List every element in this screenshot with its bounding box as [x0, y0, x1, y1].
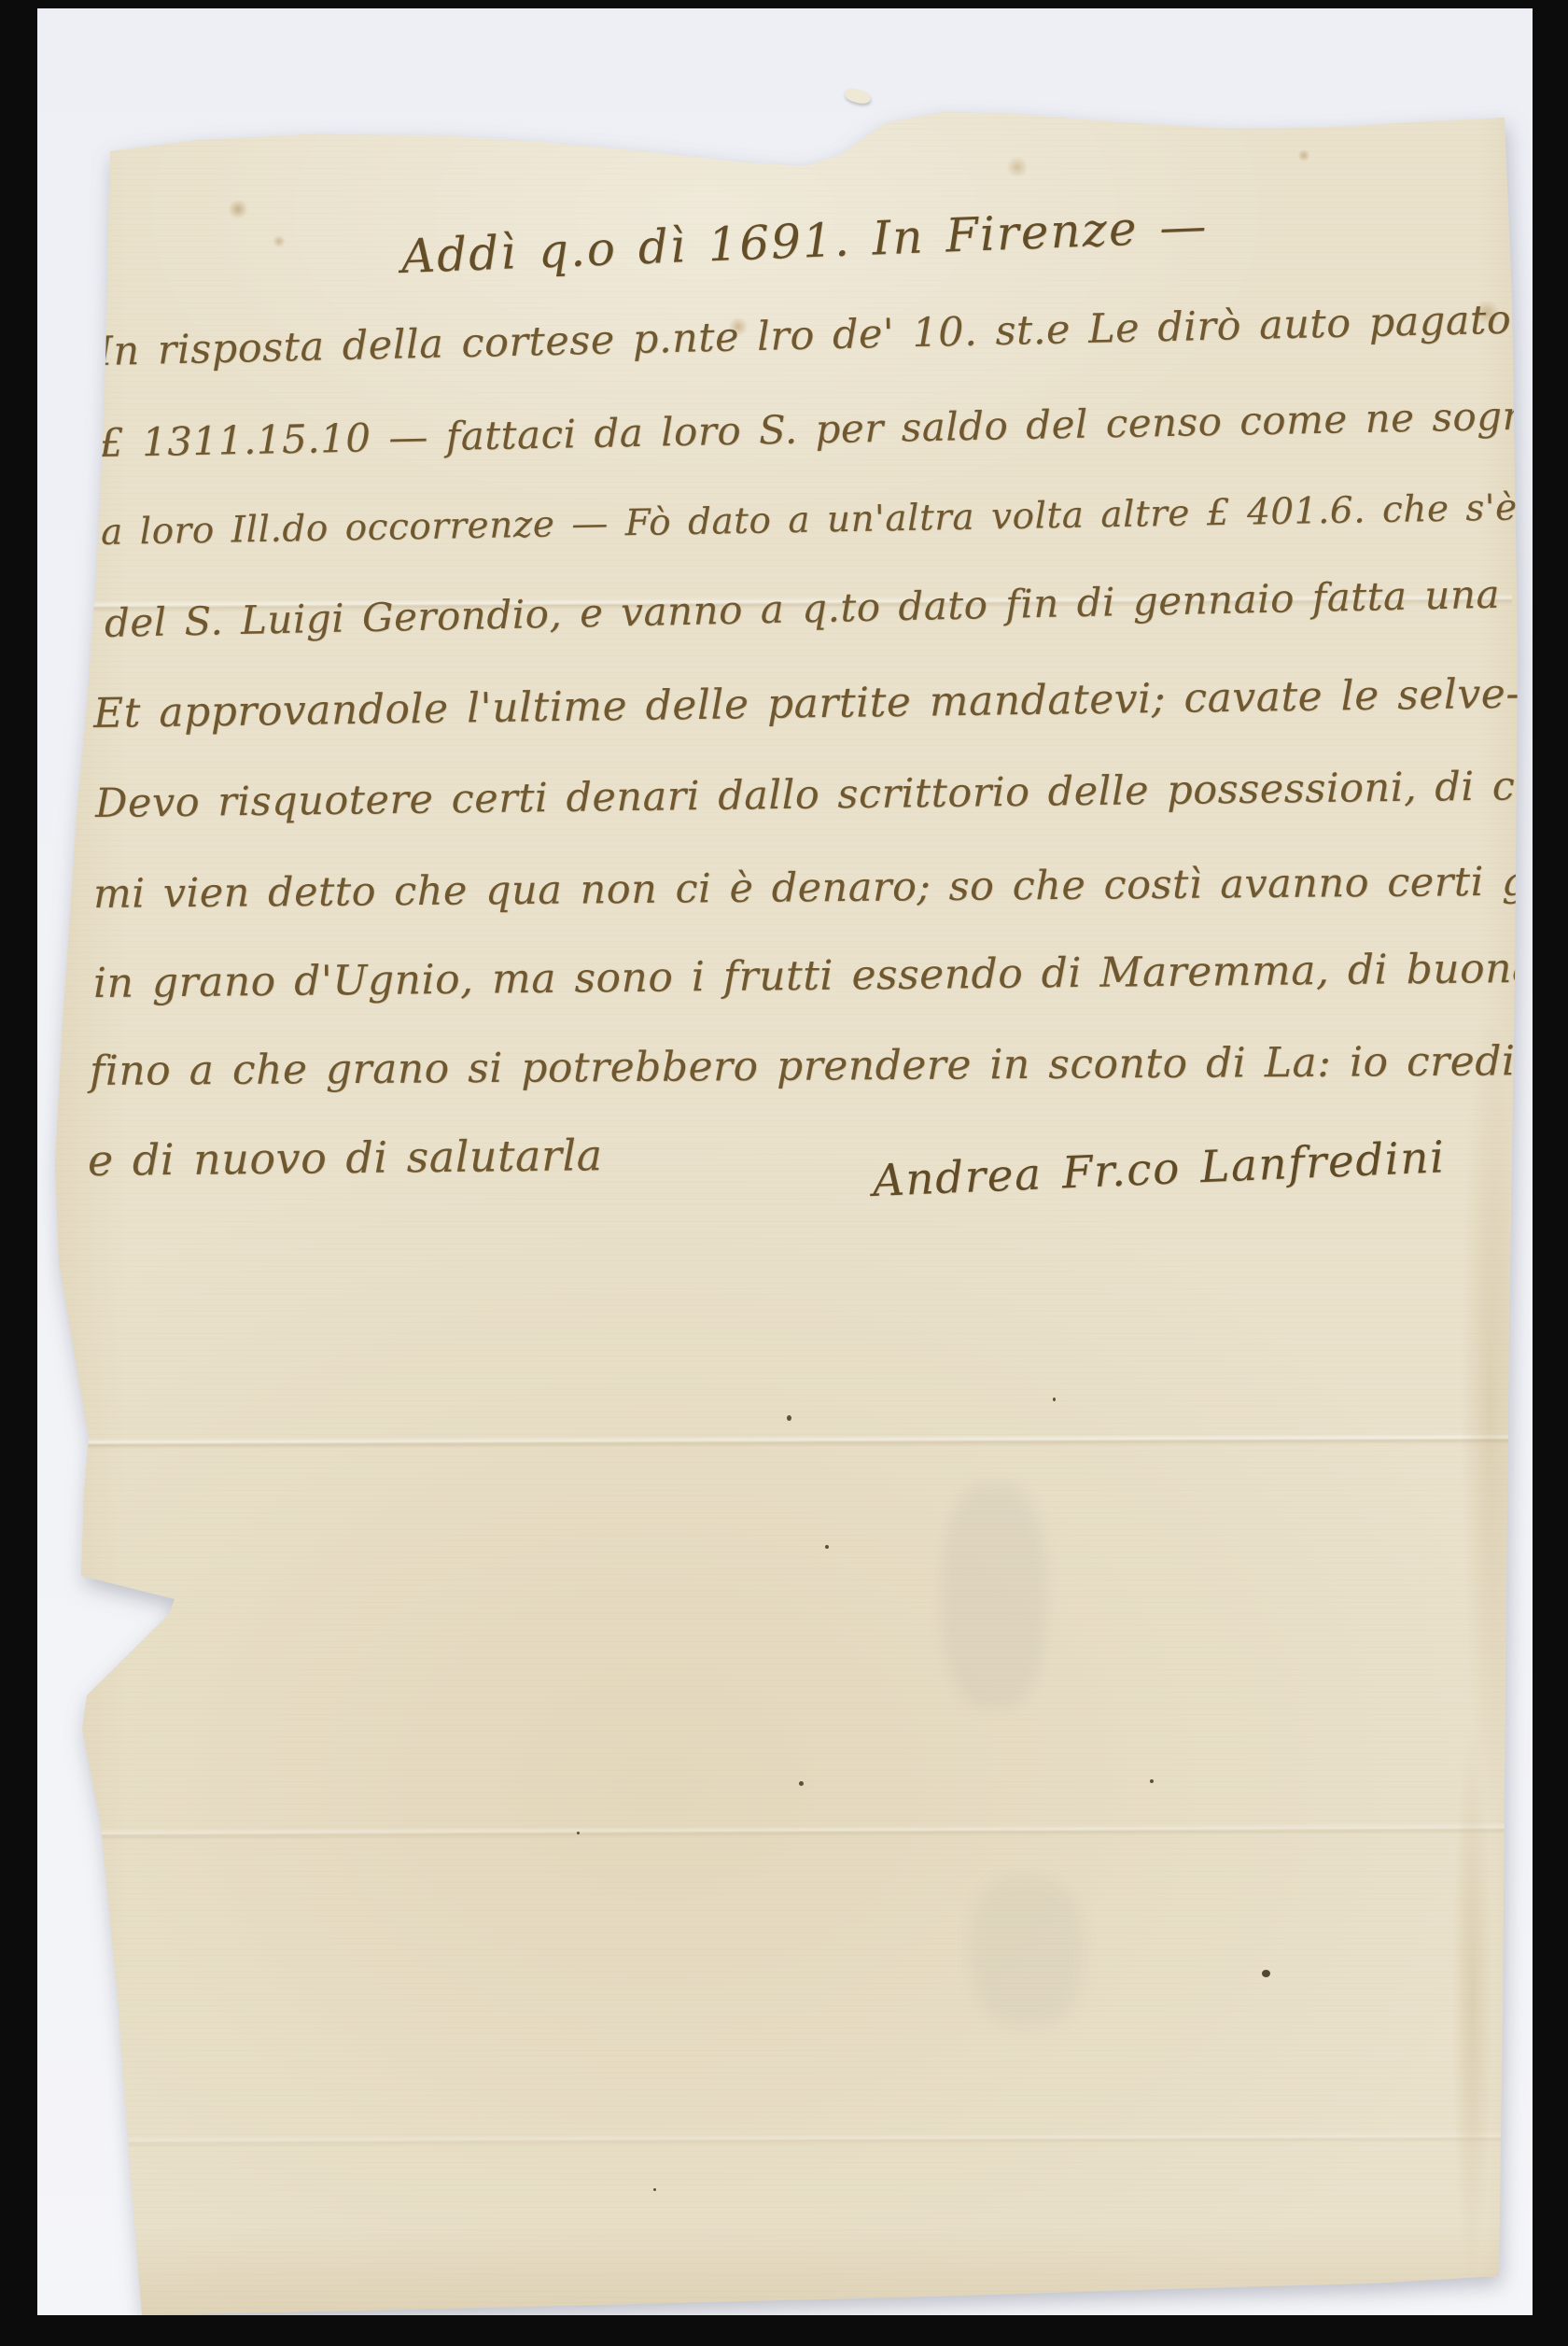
manuscript-line: e di nuovo di salutarla [88, 1130, 603, 1186]
signature: Andrea Fr.co Lanfredini [872, 1131, 1447, 1207]
ink-speck [1262, 1970, 1270, 1977]
smudge [943, 1484, 1045, 1708]
manuscript-line: del S. Luigi Gerondio, e vanno a q.to da… [104, 568, 1568, 646]
paper-shadow-wrap: Addì q.o dì 1691. In Firenze — In rispos… [0, 0, 1568, 2346]
manuscript-line: £ 1311.15.10 — fattaci da loro S. per sa… [99, 390, 1568, 466]
water-stain-streak [1426, 1027, 1510, 2278]
ink-speck [799, 1781, 804, 1786]
manuscript-line: Devo risquotere certi denari dallo scrit… [95, 762, 1568, 827]
stain-spot [273, 235, 286, 247]
photo-frame-edge-top [0, 0, 1568, 8]
fold-crease [56, 1823, 1512, 1841]
photo-frame-edge-bottom [0, 2315, 1568, 2346]
manuscript-line: mi vien detto che qua non ci è denaro; s… [93, 858, 1568, 918]
ink-speck [577, 1832, 580, 1834]
manuscript-line: In risposta della cortese p.nte lro de' … [96, 295, 1567, 375]
photo-frame-edge-right [1533, 0, 1568, 2346]
stain-spot [228, 200, 248, 218]
ink-speck [1053, 1398, 1056, 1401]
manuscript-line: Et approvandole l'ultime delle partite m… [93, 670, 1520, 738]
fold-crease [56, 1433, 1512, 1449]
ink-speck [1150, 1779, 1154, 1783]
ink-speck [787, 1415, 791, 1421]
stain-spot [1006, 157, 1029, 177]
ink-speck [825, 1545, 829, 1549]
manuscript-line: in grano d'Ugnio, ma sono i frutti essen… [93, 945, 1537, 1007]
fold-crease [56, 2131, 1512, 2147]
smudge [971, 1876, 1083, 2026]
ink-speck [653, 2188, 656, 2191]
date-place-heading: Addì q.o dì 1691. In Firenze — [400, 199, 1209, 284]
manuscript-line: fino a che grano si potrebbero prendere … [90, 1037, 1558, 1095]
photograph-of-manuscript: Addì q.o dì 1691. In Firenze — In rispos… [0, 0, 1568, 2346]
manuscript-paper-sheet: Addì q.o dì 1691. In Firenze — In rispos… [0, 0, 1568, 2346]
photo-frame-edge-left [0, 0, 37, 2346]
stain-spot [1297, 149, 1310, 162]
manuscript-line: a loro Ill.do occorrenze — Fò dato a un'… [101, 485, 1568, 554]
